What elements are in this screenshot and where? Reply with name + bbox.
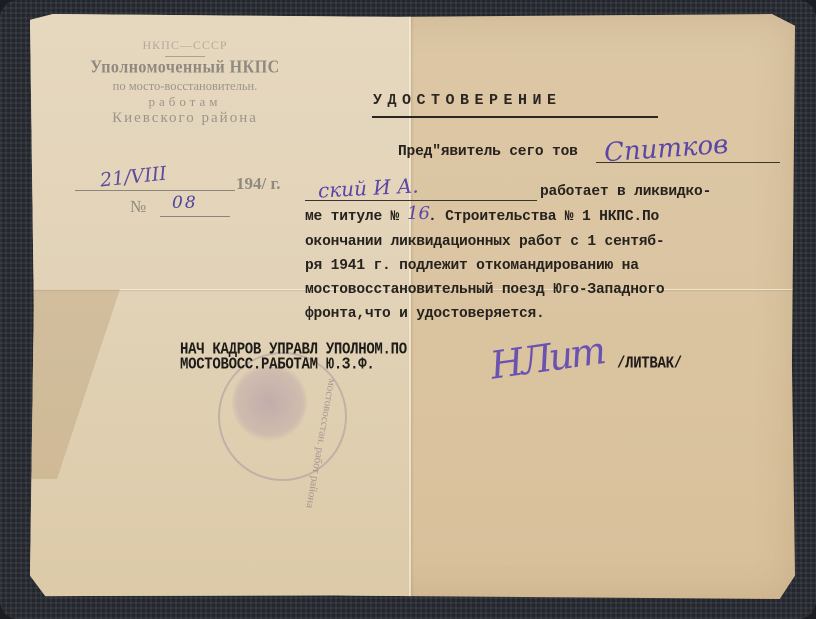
title-underline: [372, 116, 658, 118]
stamp-line-works: работам: [50, 94, 320, 110]
number-underline: [160, 216, 230, 217]
body-line-3-typed-a: ме титуле №: [305, 209, 399, 225]
signatory-title-line-2: МОСТОВОСС.РАБОТАМ Ю.З.Ф.: [180, 355, 374, 374]
document-title: УДОСТОВЕРЕНИЕ: [373, 92, 562, 109]
signatory-name: /ЛИТВАК/: [617, 354, 682, 373]
stamp-line-district: Киевского района: [50, 110, 320, 127]
stamp-line-ministry: НКПС—СССР: [50, 38, 320, 53]
body-line-4: окончании ликвидационных работ с 1 сентя…: [305, 234, 664, 250]
body-line-3-typed-b: . Строительства № 1 НКПС.По: [428, 209, 659, 225]
stamp-line-authority: Уполномоченный НКПС: [50, 58, 320, 79]
issuer-stamp-header: НКПС—СССР Уполномоченный НКПС по мосто-в…: [50, 38, 320, 127]
title-number-handwritten: 16: [407, 203, 430, 224]
body-line-6: мостовосстановительный поезд Юго-Западно…: [305, 282, 664, 298]
body-line-1-typed: Пред"явитель сего тов: [398, 144, 578, 160]
body-line-7: фронта,что и удостоверяется.: [305, 306, 545, 322]
body-line-2-typed: работает в ликвидко-: [540, 184, 711, 200]
document-number-handwritten: 08: [172, 193, 198, 213]
body-line-5: ря 1941 г. подлежит откомандированию на: [305, 258, 639, 274]
date-underline: [75, 190, 235, 191]
number-label: №: [130, 197, 146, 217]
stamp-line-department: по мосто-восстановительн.: [50, 79, 320, 94]
issue-year: 194/ г.: [236, 174, 281, 194]
